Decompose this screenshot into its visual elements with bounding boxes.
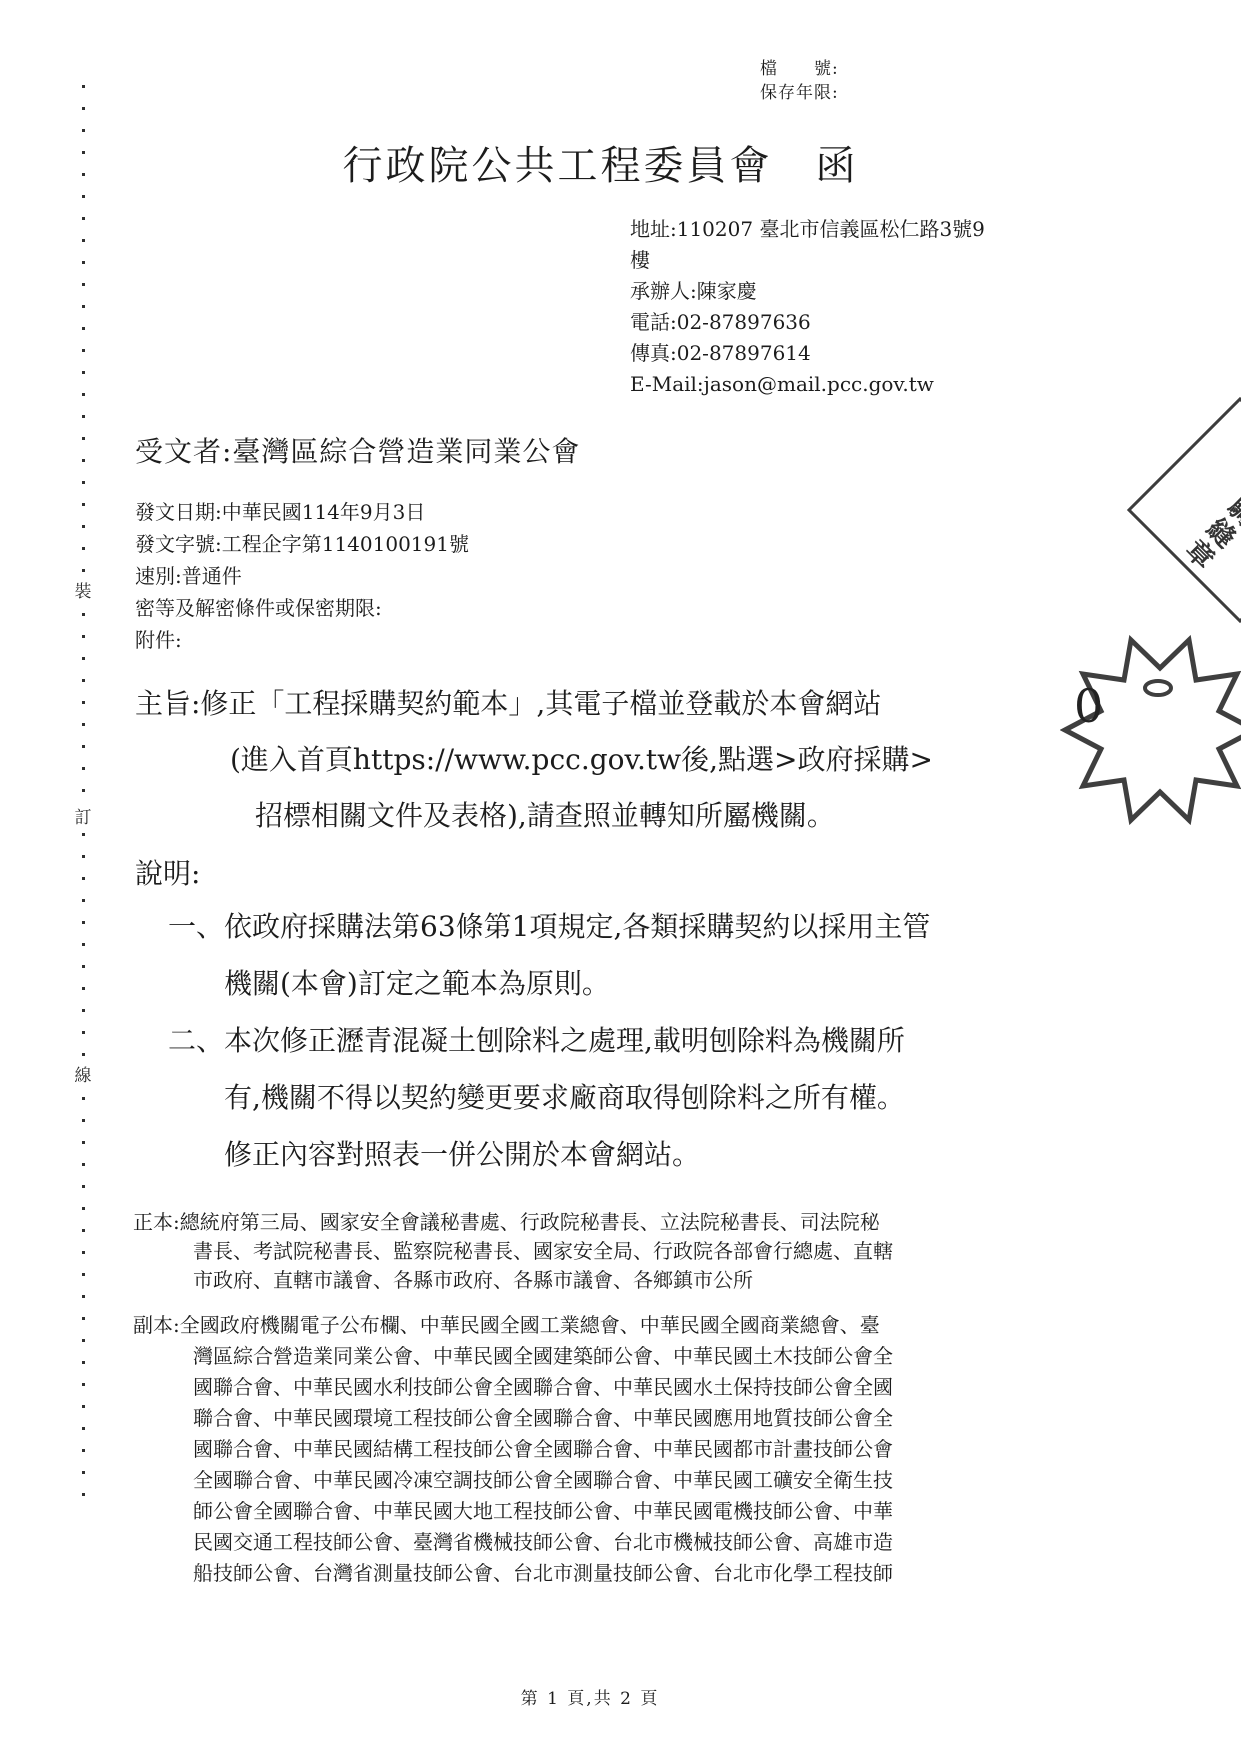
file-header-block: 檔 號: 保存年限: xyxy=(760,57,839,105)
binding-mark-xian: 線 xyxy=(70,1056,96,1091)
explanation-item2-line2: 有,機關不得以契約變更要求廠商取得刨除料之所有權。 xyxy=(168,1069,930,1126)
flower-stamp-number: 0 xyxy=(1074,679,1103,733)
page-number-footer: 第 1 頁,共 2 頁 xyxy=(0,1684,1180,1709)
explanation-item2-line1: 二、本次修正瀝青混凝土刨除料之處理,載明刨除料為機關所 xyxy=(168,1012,930,1069)
carbon-copy-label: 副本: xyxy=(133,1310,180,1341)
primary-copy-line2: 書長、考試院秘書長、監察院秘書長、國家安全局、行政院各部會行總處、直轄 xyxy=(133,1237,893,1266)
carbon-copy-line3: 國聯合會、中華民國水利技師公會全國聯合會、中華民國水土保持技師公會全國 xyxy=(133,1372,893,1403)
document-meta-block: 發文日期:中華民國114年9月3日 發文字號:工程企字第1140100191號 … xyxy=(135,496,469,656)
sender-phone: 電話:02-87897636 xyxy=(630,307,985,338)
carbon-copy-line8: 民國交通工程技師公會、臺灣省機械技師公會、台北市機械技師公會、高雄市造 xyxy=(133,1527,893,1558)
sender-fax: 傳真:02-87897614 xyxy=(630,338,985,369)
subject-line-3: 招標相關文件及表格),請查照並轉知所屬機關。 xyxy=(135,788,933,844)
sender-address-line2: 樓 xyxy=(630,245,985,276)
sender-info-block: 地址:110207 臺北市信義區松仁路3號9 樓 承辦人:陳家慶 電話:02-8… xyxy=(630,214,985,400)
carbon-copy-line1: 全國政府機關電子公布欄、中華民國全國工業總會、中華民國全國商業總會、臺 xyxy=(180,1310,880,1341)
sender-email: E-Mail:jason@mail.pcc.gov.tw xyxy=(630,369,985,400)
seam-stamp: 會文騎縫章 xyxy=(1127,397,1241,623)
retention-period-label: 保存年限: xyxy=(760,81,839,105)
carbon-copy-block: 副本: 全國政府機關電子公布欄、中華民國全國工業總會、中華民國全國商業總會、臺 … xyxy=(133,1310,893,1589)
subject-block: 主旨:修正「工程採購契約範本」,其電子檔並登載於本會網站 (進入首頁https:… xyxy=(135,676,933,844)
primary-copy-label: 正本: xyxy=(133,1208,180,1237)
explanation-items: 一、依政府採購法第63條第1項規定,各類採購契約以採用主管 機關(本會)訂定之範… xyxy=(168,898,930,1183)
explanation-item2-line3: 修正內容對照表一併公開於本會網站。 xyxy=(168,1126,930,1183)
sender-address-line1: 地址:110207 臺北市信義區松仁路3號9 xyxy=(630,214,985,245)
doc-number-line: 發文字號:工程企字第1140100191號 xyxy=(135,528,469,560)
recipient-line: 受文者:臺灣區綜合營造業同業公會 xyxy=(135,430,580,470)
primary-copy-line3: 市政府、直轄市議會、各縣市政府、各縣市議會、各鄉鎮市公所 xyxy=(133,1266,893,1295)
seam-stamp-text: 會文騎縫章 xyxy=(1173,443,1241,577)
carbon-copy-line4: 聯合會、中華民國環境工程技師公會全國聯合會、中華民國應用地質技師公會全 xyxy=(133,1403,893,1434)
primary-copy-line1: 總統府第三局、國家安全會議秘書處、行政院秘書長、立法院秘書長、司法院秘 xyxy=(180,1208,880,1237)
file-number-label: 檔 號: xyxy=(760,57,839,81)
binding-mark-zhuang: 裝 xyxy=(70,572,96,607)
subject-line-1: 主旨:修正「工程採購契約範本」,其電子檔並登載於本會網站 xyxy=(135,676,933,732)
sender-contact-person: 承辦人:陳家慶 xyxy=(630,276,985,307)
subject-line-2: (進入首頁https://www.pcc.gov.tw後,點選>政府採購> xyxy=(135,732,933,788)
document-title: 行政院公共工程委員會 函 xyxy=(0,134,1201,191)
issue-date-line: 發文日期:中華民國114年9月3日 xyxy=(135,496,469,528)
security-line: 密等及解密條件或保密期限: xyxy=(135,592,469,624)
flower-stamp: 0 xyxy=(1060,630,1241,830)
primary-copy-block: 正本: 總統府第三局、國家安全會議秘書處、行政院秘書長、立法院秘書長、司法院秘 … xyxy=(133,1208,893,1295)
explanation-label: 說明: xyxy=(135,852,200,892)
carbon-copy-line5: 國聯合會、中華民國結構工程技師公會全國聯合會、中華民國都市計畫技師公會 xyxy=(133,1434,893,1465)
document-page: 裝 訂 線 檔 號: 保存年限: 行政院公共工程委員會 函 地址:110207 … xyxy=(0,0,1241,1754)
carbon-copy-line9: 船技師公會、台灣省測量技師公會、台北市測量技師公會、台北市化學工程技師 xyxy=(133,1558,893,1589)
binding-mark-ding: 訂 xyxy=(70,798,96,833)
attachment-line: 附件: xyxy=(135,624,469,656)
carbon-copy-line2: 灣區綜合營造業同業公會、中華民國全國建築師公會、中華民國土木技師公會全 xyxy=(133,1341,893,1372)
explanation-item1-line1: 一、依政府採購法第63條第1項規定,各類採購契約以採用主管 xyxy=(168,898,930,955)
speed-line: 速別:普通件 xyxy=(135,560,469,592)
carbon-copy-line7: 師公會全國聯合會、中華民國大地工程技師公會、中華民國電機技師公會、中華 xyxy=(133,1496,893,1527)
carbon-copy-line6: 全國聯合會、中華民國冷凍空調技師公會全國聯合會、中華民國工礦安全衛生技 xyxy=(133,1465,893,1496)
explanation-item1-line2: 機關(本會)訂定之範本為原則。 xyxy=(168,955,930,1012)
